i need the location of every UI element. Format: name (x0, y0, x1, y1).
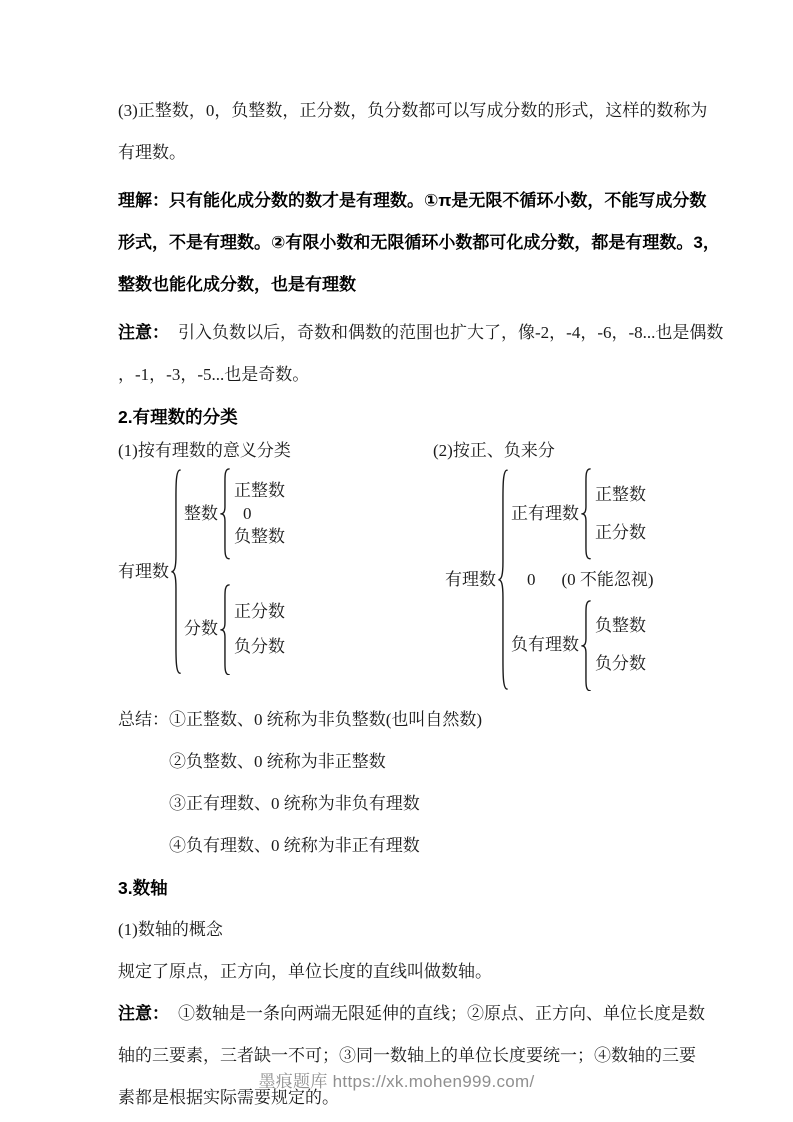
tree-meaning-wrap: 有理数 整数 正整数 0 负整数 分 (118, 468, 445, 691)
paragraph-note-odd-even: 注意：引入负数以后，奇数和偶数的范围也扩大了，像-2，-4，-6，-8...也是… (118, 312, 753, 396)
summary-block: 总结： ①正整数、0 统称为非负整数(也叫自然数) ②负整数、0 统称为非正整数… (118, 699, 753, 867)
paragraph-note-axis: 注意：①数轴是一条向两端无限延伸的直线；②原点、正方向、单位长度是数 轴的三要素… (118, 993, 753, 1119)
branch-leaves: 正分数 负分数 (234, 601, 285, 658)
paragraph-understanding: 理解：只有能化成分数的数才是有理数。①π是无限不循环小数，不能写成分数 形式，不… (118, 180, 753, 306)
classification-trees: 有理数 整数 正整数 0 负整数 分 (118, 468, 753, 691)
section-heading-classification: 2.有理数的分类 (118, 396, 753, 438)
section-heading-number-axis: 3.数轴 (118, 867, 753, 909)
curly-brace-icon (497, 468, 508, 691)
note-label: 注意： (118, 1004, 169, 1023)
tree-meaning: 有理数 整数 正整数 0 负整数 分 (118, 468, 445, 675)
note-label: 注意： (118, 323, 169, 342)
branch-label: 负有理数 (511, 634, 579, 656)
tree-meaning-caption: (1)按有理数的意义分类 (118, 438, 433, 464)
tree-captions-row: (1)按有理数的意义分类 (2)按正、负来分 (118, 438, 753, 464)
note-text: 引入负数以后，奇数和偶数的范围也扩大了，像-2，-4，-6，-8...也是偶数 … (118, 323, 723, 384)
branch-fraction: 分数 正分数 负分数 (184, 584, 285, 676)
summary-items: ①正整数、0 统称为非负整数(也叫自然数) ②负整数、0 统称为非正整数 ③正有… (169, 699, 482, 867)
axis-subheading: (1)数轴的概念 (118, 909, 753, 951)
leaf-item: 正整数 (595, 484, 646, 506)
branch-label: 正有理数 (511, 503, 579, 525)
curly-brace-icon (219, 584, 230, 676)
leaf-item: 正分数 (595, 522, 646, 544)
leaf-item: 负分数 (234, 636, 285, 658)
branch-label: 分数 (184, 618, 218, 640)
document-content: (3)正整数，0，负整数，正分数，负分数都可以写成分数的形式，这样的数称为 有理… (0, 0, 793, 1119)
curly-brace-icon (580, 468, 591, 560)
branch-leaves: 正整数 正分数 (595, 484, 646, 544)
zero-row: 0 (0 不能忽视) (511, 569, 654, 591)
branch-integer: 整数 正整数 0 负整数 (184, 468, 285, 560)
tree-sign: 有理数 正有理数 正整数 正分数 0 ( (445, 468, 654, 691)
leaf-item: 0 (234, 503, 285, 525)
tree-branches: 整数 正整数 0 负整数 分数 正分数 (184, 468, 285, 675)
branch-positive-rational: 正有理数 正整数 正分数 (511, 468, 654, 560)
branch-leaves: 正整数 0 负整数 (234, 480, 285, 548)
branch-leaves: 负整数 负分数 (595, 615, 646, 675)
branch-label: 整数 (184, 503, 218, 525)
document-page: (3)正整数，0，负整数，正分数，负分数都可以写成分数的形式，这样的数称为 有理… (0, 0, 793, 1122)
footer-watermark: 墨痕题库 https://xk.mohen999.com/ (0, 1067, 793, 1092)
tree-sign-wrap: 有理数 正有理数 正整数 正分数 0 ( (445, 468, 654, 691)
leaf-item: 正分数 (234, 601, 285, 623)
curly-brace-icon (580, 600, 591, 692)
tree-root-label: 有理数 (445, 569, 496, 591)
tree-root-label: 有理数 (118, 561, 169, 583)
summary-item: ②负整数、0 统称为非正整数 (169, 741, 482, 783)
axis-definition: 规定了原点，正方向，单位长度的直线叫做数轴。 (118, 951, 753, 993)
summary-item: ③正有理数、0 统称为非负有理数 (169, 783, 482, 825)
zero-value: 0 (527, 569, 536, 591)
leaf-item: 负整数 (234, 526, 285, 548)
summary-label: 总结： (118, 699, 169, 867)
tree-sign-caption: (2)按正、负来分 (433, 438, 555, 464)
zero-note: (0 不能忽视) (562, 569, 654, 591)
leaf-item: 负整数 (595, 615, 646, 637)
branch-negative-rational: 负有理数 负整数 负分数 (511, 600, 654, 692)
leaf-item: 负分数 (595, 653, 646, 675)
summary-item: ①正整数、0 统称为非负整数(也叫自然数) (169, 699, 482, 741)
curly-brace-icon (170, 468, 181, 675)
paragraph-rational-definition: (3)正整数，0，负整数，正分数，负分数都可以写成分数的形式，这样的数称为 有理… (118, 90, 753, 174)
summary-item: ④负有理数、0 统称为非正有理数 (169, 825, 482, 867)
curly-brace-icon (219, 468, 230, 560)
tree-branches: 正有理数 正整数 正分数 0 (0 不能忽视) 负有理数 (511, 468, 654, 691)
leaf-item: 正整数 (234, 480, 285, 502)
